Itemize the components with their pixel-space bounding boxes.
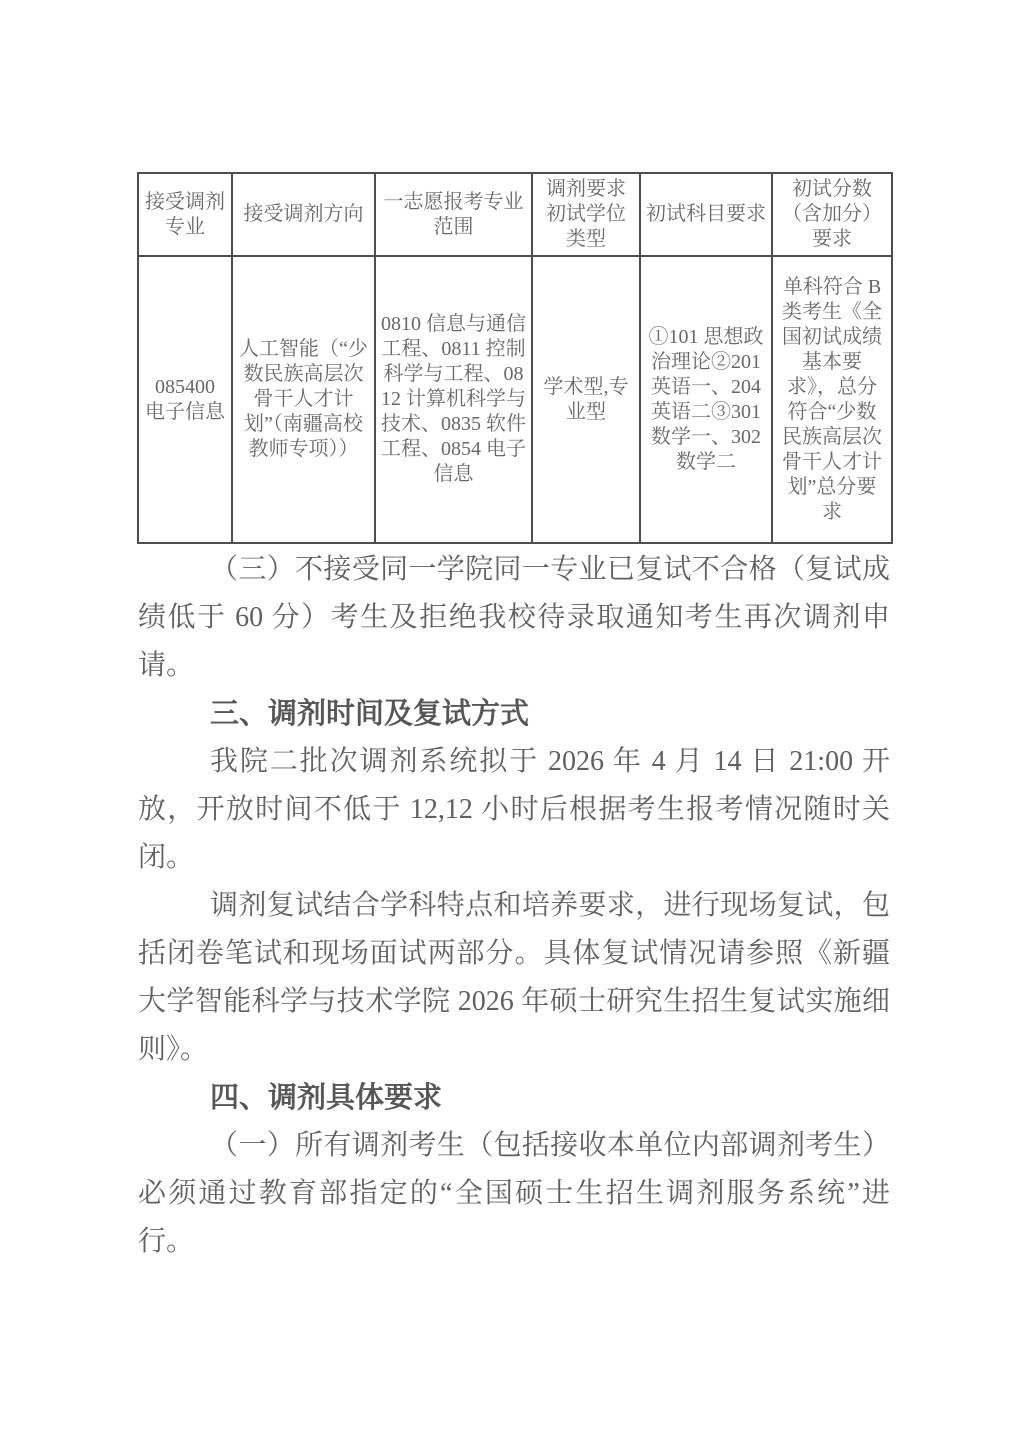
header-accept-major: 接受调剂专业 [138, 173, 232, 256]
document-body: （三）不接受同一学院同一专业已复试不合格（复试成绩低于 60 分）考生及拒绝我校… [138, 546, 890, 1266]
cell-first-choice-scope: 0810 信息与通信工程、0811 控制科学与工程、0812 计算机科学与技术、… [375, 256, 532, 543]
table-header-row: 接受调剂专业 接受调剂方向 一志愿报考专业范围 调剂要求初试学位类型 初试科目要… [138, 173, 892, 256]
table-row: 085400 电子信息 人工智能（“少数民族高层次骨干人才计划”（南疆高校教师专… [138, 256, 892, 543]
cell-score-requirement: 单科符合 B 类考生《全国初试成绩基本要求》，总分符合“少数民族高层次骨干人才计… [772, 256, 892, 543]
header-score-requirement: 初试分数（含加分）要求 [772, 173, 892, 256]
document-page: 接受调剂专业 接受调剂方向 一志愿报考专业范围 调剂要求初试学位类型 初试科目要… [0, 0, 1024, 1448]
header-exam-subjects: 初试科目要求 [640, 173, 772, 256]
cell-accept-major: 085400 电子信息 [138, 256, 232, 543]
cell-degree-type: 学术型,专业型 [532, 256, 640, 543]
header-degree-type: 调剂要求初试学位类型 [532, 173, 640, 256]
paragraph-retest-method: 调剂复试结合学科特点和培养要求，进行现场复试，包括闭卷笔试和现场面试两部分。具体… [138, 882, 890, 1074]
section-heading-four: 四、调剂具体要求 [138, 1074, 890, 1122]
cell-exam-subjects: ①101 思想政治理论②201 英语一、204 英语二③301 数学一、302 … [640, 256, 772, 543]
header-first-choice-scope: 一志愿报考专业范围 [375, 173, 532, 256]
paragraph-system-open-time: 我院二批次调剂系统拟于 2026 年 4 月 14 日 21:00 开放，开放时… [138, 738, 890, 882]
section-heading-three: 三、调剂时间及复试方式 [138, 690, 890, 738]
paragraph-requirement-one: （一）所有调剂考生（包括接收本单位内部调剂考生）必须通过教育部指定的“全国硕士生… [138, 1122, 890, 1266]
header-accept-direction: 接受调剂方向 [232, 173, 375, 256]
paragraph-item-three: （三）不接受同一学院同一专业已复试不合格（复试成绩低于 60 分）考生及拒绝我校… [138, 546, 890, 690]
transfer-requirements-table: 接受调剂专业 接受调剂方向 一志愿报考专业范围 调剂要求初试学位类型 初试科目要… [137, 172, 893, 544]
cell-accept-direction: 人工智能（“少数民族高层次骨干人才计划”（南疆高校教师专项）） [232, 256, 375, 543]
